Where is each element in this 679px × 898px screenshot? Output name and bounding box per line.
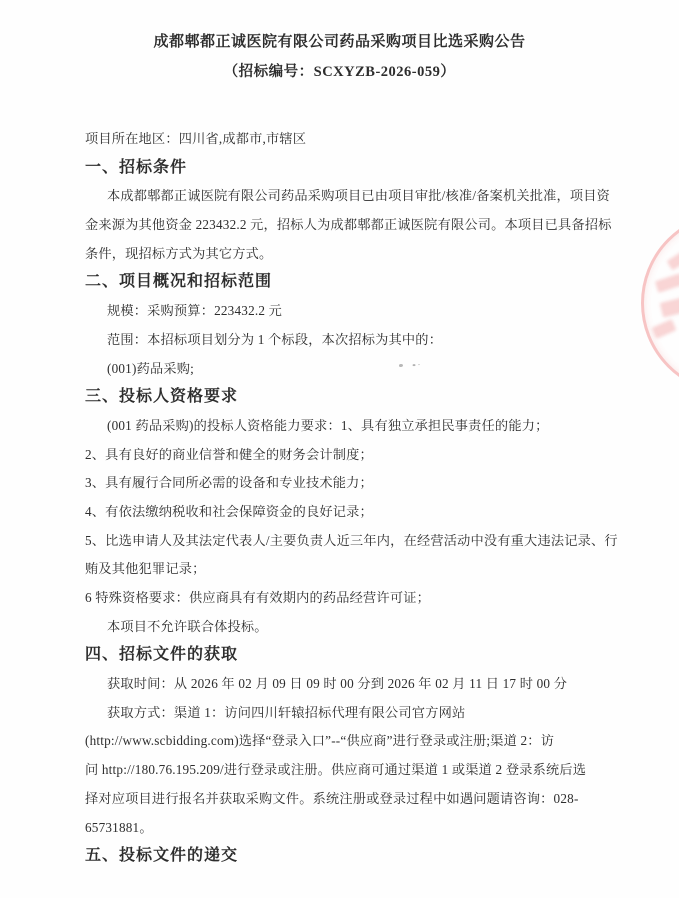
- section-heading: 五、投标文件的递交: [85, 842, 639, 871]
- seal-ink-mark: [655, 273, 679, 293]
- text-line: 本项目不允许联合体投标。: [85, 613, 639, 642]
- section-heading: 一、招标条件: [85, 154, 639, 183]
- seal-ink-mark: [667, 251, 679, 271]
- text-line: 4、有依法缴纳税收和社会保障资金的良好记录；: [85, 498, 639, 527]
- text-line: (001)药品采购;: [85, 355, 639, 384]
- text-line: 2、具有良好的商业信誉和健全的财务会计制度；: [85, 441, 639, 470]
- text-line: (http://www.scbidding.com)选择“登录入口”--“供应商…: [85, 727, 639, 756]
- section-heading: 四、招标文件的获取: [85, 641, 639, 670]
- text-line: 获取时间：从 2026 年 02 月 09 日 09 时 00 分到 2026 …: [85, 670, 639, 699]
- seal-ink-mark: [660, 295, 679, 317]
- section-heading: 二、项目概况和招标范围: [85, 268, 639, 297]
- text-line: 贿及其他犯罪记录；: [85, 555, 639, 584]
- text-line: 获取方式：渠道 1：访问四川轩辕招标代理有限公司官方网站: [85, 699, 639, 728]
- text-line: 问 http://180.76.195.209/进行登录或注册。供应商可通过渠道…: [85, 756, 639, 785]
- text-line: 项目所在地区：四川省,成都市,市辖区: [85, 125, 639, 154]
- text-line: 6 特殊资格要求：供应商具有有效期内的药品经营许可证；: [85, 584, 639, 613]
- scanned-document-page: 成都郫都正诚医院有限公司药品采购项目比选采购公告 （招标编号：SCXYZB-20…: [0, 0, 679, 898]
- text-line: 5、比选申请人及其法定代表人/主要负责人近三年内，在经营活动中没有重大违法记录、…: [85, 527, 639, 556]
- section-heading: 三、投标人资格要求: [85, 383, 639, 412]
- text-line: 金来源为其他资金 223432.2 元，招标人为成都郫都正诚医院有限公司。本项目…: [85, 211, 639, 240]
- text-line: 范围：本招标项目划分为 1 个标段，本次招标为其中的：: [85, 326, 639, 355]
- text-line: 规模：采购预算：223432.2 元: [85, 297, 639, 326]
- tender-number: （招标编号：SCXYZB-2026-059）: [0, 61, 679, 83]
- text-line: 择对应项目进行报名并获取采购文件。系统注册或登录过程中如遇问题请咨询：028-: [85, 785, 639, 814]
- document-title: 成都郫都正诚医院有限公司药品采购项目比选采购公告: [0, 0, 679, 53]
- text-line: (001 药品采购)的投标人资格能力要求：1、具有独立承担民事责任的能力；: [85, 412, 639, 441]
- text-line: 3、具有履行合同所必需的设备和专业技术能力；: [85, 469, 639, 498]
- red-seal-stamp-icon: [641, 212, 679, 394]
- text-line: 本成都郫都正诚医院有限公司药品采购项目已由项目审批/核准/备案机关批准，项目资: [85, 182, 639, 211]
- seal-ink-mark: [652, 319, 677, 339]
- document-body: 项目所在地区：四川省,成都市,市辖区一、招标条件本成都郫都正诚医院有限公司药品采…: [85, 125, 639, 871]
- text-line: 65731881。: [85, 814, 639, 843]
- text-line: 条件，现招标方式为其它方式。: [85, 240, 639, 269]
